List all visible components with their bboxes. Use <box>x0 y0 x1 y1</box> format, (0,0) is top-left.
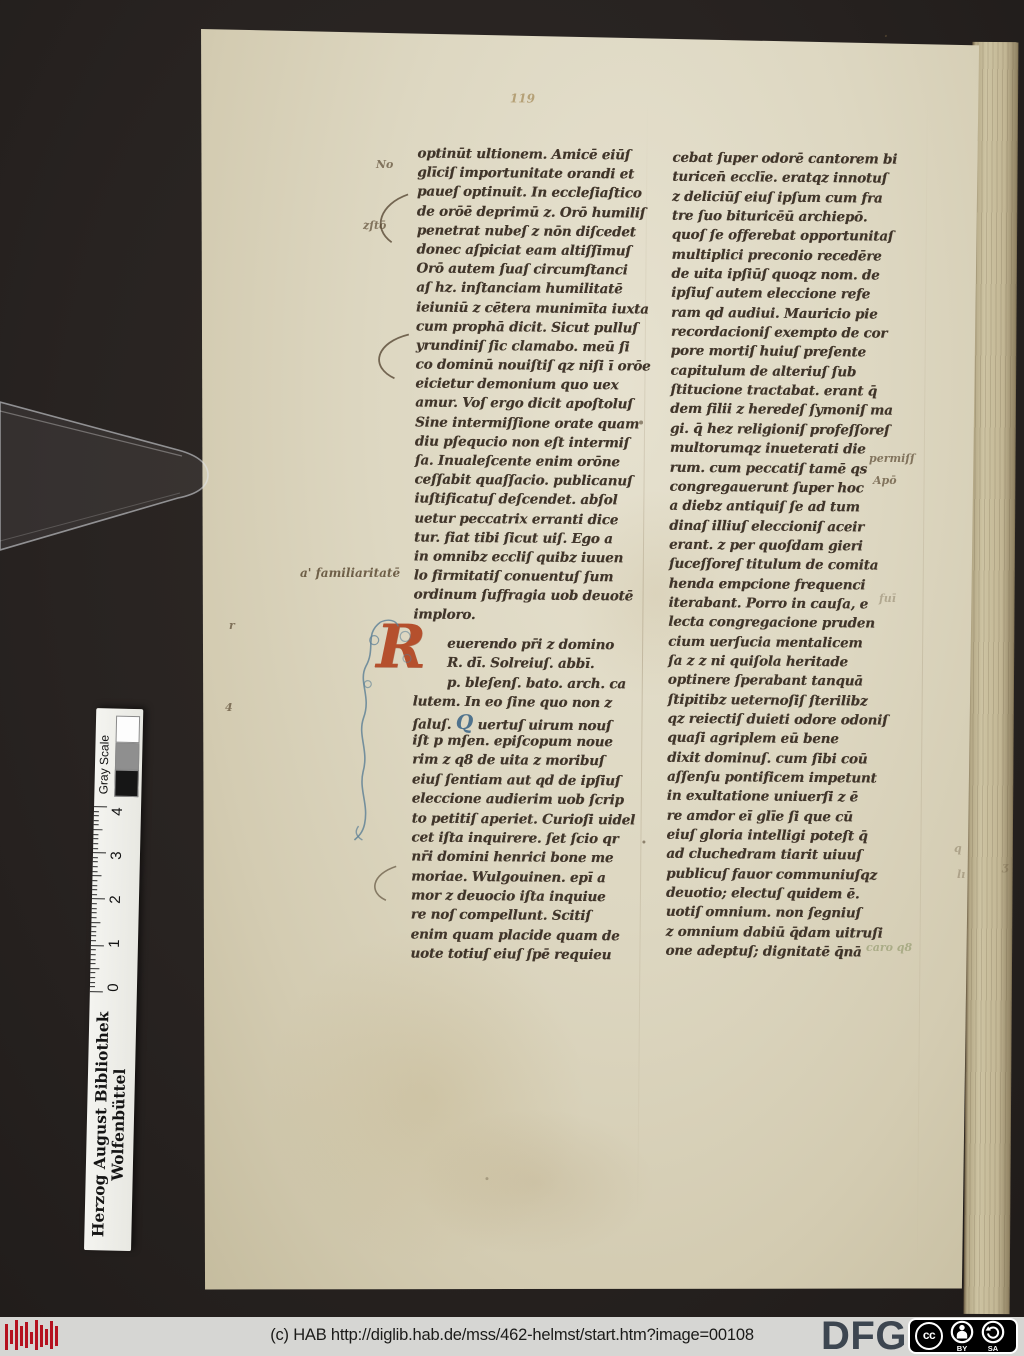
ruler-tick <box>91 931 96 932</box>
text-line: a diebz antiquiſ ſe ad tum <box>669 497 891 518</box>
ruler-tick <box>90 973 95 974</box>
cc-sa-label: SA <box>988 1344 998 1353</box>
illuminated-initial-R: R <box>376 618 426 676</box>
text-line: eiuſ gloria intelligi poteſt q̄ <box>666 826 888 847</box>
text-line: nr̄i domini henrici bone me <box>411 848 639 869</box>
text-line: dixit dominuſ. cum ſibi coū <box>667 748 889 769</box>
ruler-tick <box>92 875 101 876</box>
ruler-tick <box>94 806 107 807</box>
text-line: ieiuniū z cētera munimīta iuxta <box>416 298 644 319</box>
text-line: turicen̄ ecclīe. eratqz innotuſ <box>672 168 894 189</box>
text-line: gi. q̄ hez religioniſ profeſſoreſ <box>670 420 892 441</box>
grayscale-patch-black <box>114 770 139 798</box>
text-line: ſa. Inualeſcente enim orōne <box>415 452 643 473</box>
ruler-tick <box>94 825 99 826</box>
text-line: co dominū nouiſtiſ qz niſi ī orōe <box>415 356 643 377</box>
ruler-number: 3 <box>108 844 125 866</box>
dfg-logo: DFG <box>821 1315 907 1356</box>
text-line: lecta congregacione pruden <box>668 613 890 634</box>
ruler-tick <box>94 820 99 821</box>
footer-bar: (c) HAB http://diglib.hab.de/mss/462-hel… <box>0 1317 1024 1356</box>
text-line: in omnibz eccliſ quibz iuuen <box>414 547 642 568</box>
text-line: eleccione audierim uob ſcrip <box>412 790 640 811</box>
text-line: multorumqz inueterati die <box>670 439 892 460</box>
text-line: z deliciūſ eiuſ ipſum cum fra <box>672 187 894 208</box>
ruler-tick <box>93 857 98 858</box>
text-line: diu pſequcio non eſt intermiſ <box>415 432 643 453</box>
text-line: in exultatione uniuerſi z ē <box>667 787 889 808</box>
text-line: amur. Voſ ergo dicit apoſtoluſ <box>415 394 643 415</box>
text-line: cium uerſucia mentalicem <box>668 632 890 653</box>
text-line: eicietur demonium quo uex <box>415 375 643 396</box>
ruler-tick <box>91 954 96 955</box>
ruler-tick <box>92 903 97 904</box>
grayscale-patch-white <box>116 716 141 744</box>
text-line: ſuceſſoreſ titulum de comita <box>669 555 891 576</box>
text-line: enim quam placide quam de <box>411 925 639 946</box>
text-line: iuſtificatuſ deſcendet. abſol <box>414 490 642 511</box>
text-line: p. bleſenſ. bato. arch. ca <box>413 673 641 694</box>
text-line: henda empcione frequenci <box>669 574 891 595</box>
ruler-tick <box>91 945 104 946</box>
ruler-tick <box>93 866 98 867</box>
ink-fleck <box>642 841 645 844</box>
ruler-tick <box>91 940 96 941</box>
text-line: donec aſpiciat eam altiſſimuſ <box>416 240 644 261</box>
text-line: lo firmitatiſ conuentuſ ſum <box>414 567 642 588</box>
ruler-tick <box>93 843 98 844</box>
ruler-numbers: 01234 <box>105 800 126 998</box>
cc-by-person-icon <box>950 1320 974 1344</box>
text-line: ſaluſ. Q uertuſ uirum nouſ <box>412 712 640 733</box>
ruler-tick <box>90 963 95 964</box>
text-line: quaſi agriplem eū bene <box>667 729 889 750</box>
ruler-tick <box>92 894 97 895</box>
text-line: qz reiectiſ duieti odore odoniſ <box>667 710 889 731</box>
ruler-tick <box>93 838 98 839</box>
ruler-tick <box>92 908 97 909</box>
text-line: ad cluchedram tiarit uiuuſ <box>666 845 888 866</box>
text-line: rim z q8 de uita z moribuſ <box>412 751 640 772</box>
ruler-tick <box>90 968 99 969</box>
text-line: cum prophā dicit. Sicut pulluſ <box>416 317 644 338</box>
text-line: re noſ compellunt. Scitiſ <box>411 906 639 927</box>
ruler-tick <box>92 880 97 881</box>
ruler-tick <box>94 815 99 816</box>
grayscale-label: Gray Scale <box>96 735 111 795</box>
text-line: publicuſ fauor communiuſqz <box>666 864 888 885</box>
ruler-number: 1 <box>106 932 123 954</box>
text-line: iſt p mſen. epiſcopum noue <box>412 731 640 752</box>
cc-sa-item: SA <box>981 1320 1005 1353</box>
cc-by-label: BY <box>957 1344 967 1353</box>
ruler-tick <box>94 829 103 830</box>
text-line: rum. cum peccatiſ tamē qs <box>670 458 892 479</box>
ruler-tick <box>94 811 99 812</box>
ruler-tick <box>90 986 95 987</box>
text-line: dem filii z heredeſ ſymoniſ ma <box>670 400 892 421</box>
text-line: Sine intermiſſione orate quam <box>415 413 643 434</box>
text-line: dinaſ illiuſ eleccioniſ aceir <box>669 516 891 537</box>
text-line: tur. fiat tibi ſicut uiſ. Ego a <box>414 528 642 549</box>
ruler-tick <box>92 917 97 918</box>
stain <box>265 925 588 1268</box>
ruler-tick <box>90 977 95 978</box>
ruler-tick <box>92 885 97 886</box>
text-line: cet iſta inquirere. ſet ſcio qr <box>411 828 639 849</box>
ruler-tick <box>93 848 98 849</box>
text-line: aſſenſu pontificem impetunt <box>667 768 889 789</box>
text-line: recordacioniſ exempto de cor <box>671 323 893 344</box>
text-line: pore mortiſ huiuſ preſente <box>671 342 893 363</box>
ruler-tick <box>90 991 103 992</box>
text-line: quoſ ſe offerebat opportunitaſ <box>672 226 894 247</box>
text-line: ſtipitibz ueternoſiſ ſterilibz <box>668 690 890 711</box>
grayscale-target: Gray Scale <box>94 708 143 801</box>
ink-fleck <box>485 1177 488 1180</box>
text-line: aſ hz. inſtanciam humilitatē <box>416 279 644 300</box>
ruler-tick <box>91 959 96 960</box>
text-line: eiuſ ſentiam aut qd de ipſiuſ <box>412 770 640 791</box>
cm-scale: 01234 <box>90 800 141 999</box>
text-line: de uita ipſiūſ quoqz nom. de <box>671 265 893 286</box>
text-line: multiplici preconio recedēre <box>671 245 893 266</box>
cc-sa-arrow-icon <box>981 1320 1005 1344</box>
text-line: imploro. <box>413 605 641 626</box>
library-name: Herzog August Bibliothek Wolfenbüttel <box>84 998 137 1251</box>
text-line: to petitiſ aperiet. Curioſi uidel <box>412 809 640 830</box>
text-line: optinere ſperabant tanquā <box>668 671 890 692</box>
folio-number: 119 <box>510 91 535 105</box>
grayscale-patches <box>114 716 140 798</box>
ruler-number: 4 <box>109 800 126 822</box>
text-line: ordinum ſuffragia uob deuotē <box>413 586 641 607</box>
text-line: moriae. Wulgouinen. epī a <box>411 867 639 888</box>
text-line: congregauerunt ſuper hoc <box>669 478 891 499</box>
ruler-number: 0 <box>105 976 122 998</box>
ruler-tick <box>93 862 98 863</box>
text-line: erant. z per quoſdam gieri <box>669 536 891 557</box>
text-line: yrundiniſ ſic clamabo. meū ſi <box>416 336 644 357</box>
crease <box>917 91 928 1271</box>
ruler-tick <box>93 852 106 853</box>
marginal-note: · <box>884 30 888 43</box>
text-line: uetur peccatrix erranti dice <box>414 509 642 530</box>
text-line: deuotio; electuſ quidem ē. <box>666 884 888 905</box>
text-line: optinūt ultionem. Amicē eiūſ <box>417 145 645 166</box>
text-line: mor z deuocio iſta inquiue <box>411 887 639 908</box>
ruler-tick <box>92 899 105 900</box>
ruler-tick <box>90 982 95 983</box>
grayscale-patch-gray <box>115 743 140 771</box>
text-line: iterabant. Porro in cauſa, e <box>668 594 890 615</box>
text-line: ipſiuſ autem eleccione refe <box>671 284 893 305</box>
text-line: z omnium dabiū q̄dam uitruſi <box>666 922 888 943</box>
cc-by-item: BY <box>950 1320 974 1353</box>
text-line: cebat ſuper odorē cantorem bi <box>672 149 894 170</box>
text-line: ceſſabit quaſſacio. publicanuſ <box>414 471 642 492</box>
text-line: Orō autem ſuaſ circumſtanci <box>416 260 644 281</box>
ruler-tick <box>91 949 96 950</box>
text-line: lutem. In eo ſine quo non z <box>413 693 641 714</box>
text-line: uote totiuſ eiuſ ſpē requieu <box>410 945 638 966</box>
stain <box>415 1107 656 1259</box>
ruler-tick <box>93 871 98 872</box>
text-line: re amdor eī glīe ſi que cū <box>667 806 889 827</box>
text-line: glīciſ importunitate orandi et <box>417 164 645 185</box>
ruler-tick <box>91 926 96 927</box>
text-line: paueſ optinuit. In eccleſiaſtico <box>417 183 645 204</box>
page-holder-paddle <box>0 378 225 563</box>
text-line: ſa z z ni quiſola heritade <box>668 652 890 673</box>
text-line: capitulum de alteriuſ ſub <box>670 362 892 383</box>
cc-license-badge: cc BY SA <box>908 1318 1018 1354</box>
text-line: de orōē deprimū z. Orō humiliſ <box>417 202 645 223</box>
grayscale-ruler-strip: Herzog August Bibliothek Wolfenbüttel 01… <box>84 708 143 1251</box>
ruler-tick <box>92 889 97 890</box>
text-line: uotiſ omnium. non ſegniuſ <box>666 903 888 924</box>
ruler-tick <box>92 912 97 913</box>
ruler-number: 2 <box>107 888 124 910</box>
text-line: R. dī. Solreiuſ. abbī. <box>413 654 641 675</box>
text-line: ſtitucione tractabat. erant q̄ <box>670 381 892 402</box>
cc-logo-icon: cc <box>915 1322 943 1350</box>
ruler-tick <box>93 834 98 835</box>
text-line: one adeptuſ; dignitatē q̄nā <box>665 942 887 963</box>
ruler-tick <box>91 936 96 937</box>
text-line: penetrat nubeſ z nōn diſcedet <box>417 221 645 242</box>
text-line: ram qd audiui. Mauricio pie <box>671 303 893 324</box>
text-line: tre ſuo bituricēū archiepō. <box>672 207 894 228</box>
text-column-2: cebat ſuper odorē cantorem bituricen̄ ec… <box>665 149 894 963</box>
digitized-manuscript-photo: 119 optinūt ultionem. Amicē eiūſglīciſ i… <box>0 0 1024 1356</box>
text-column-1-block-2: euerendo pr̄i z dominoR. dī. Solreiuſ. a… <box>410 635 641 967</box>
text-line: euerendo pr̄i z domino <box>413 635 641 656</box>
manuscript-page: 119 optinūt ultionem. Amicē eiūſglīciſ i… <box>184 25 985 1298</box>
text-column-1-block-1: optinūt ultionem. Amicē eiūſglīciſ impor… <box>413 145 645 627</box>
ruler-tick <box>91 922 100 923</box>
